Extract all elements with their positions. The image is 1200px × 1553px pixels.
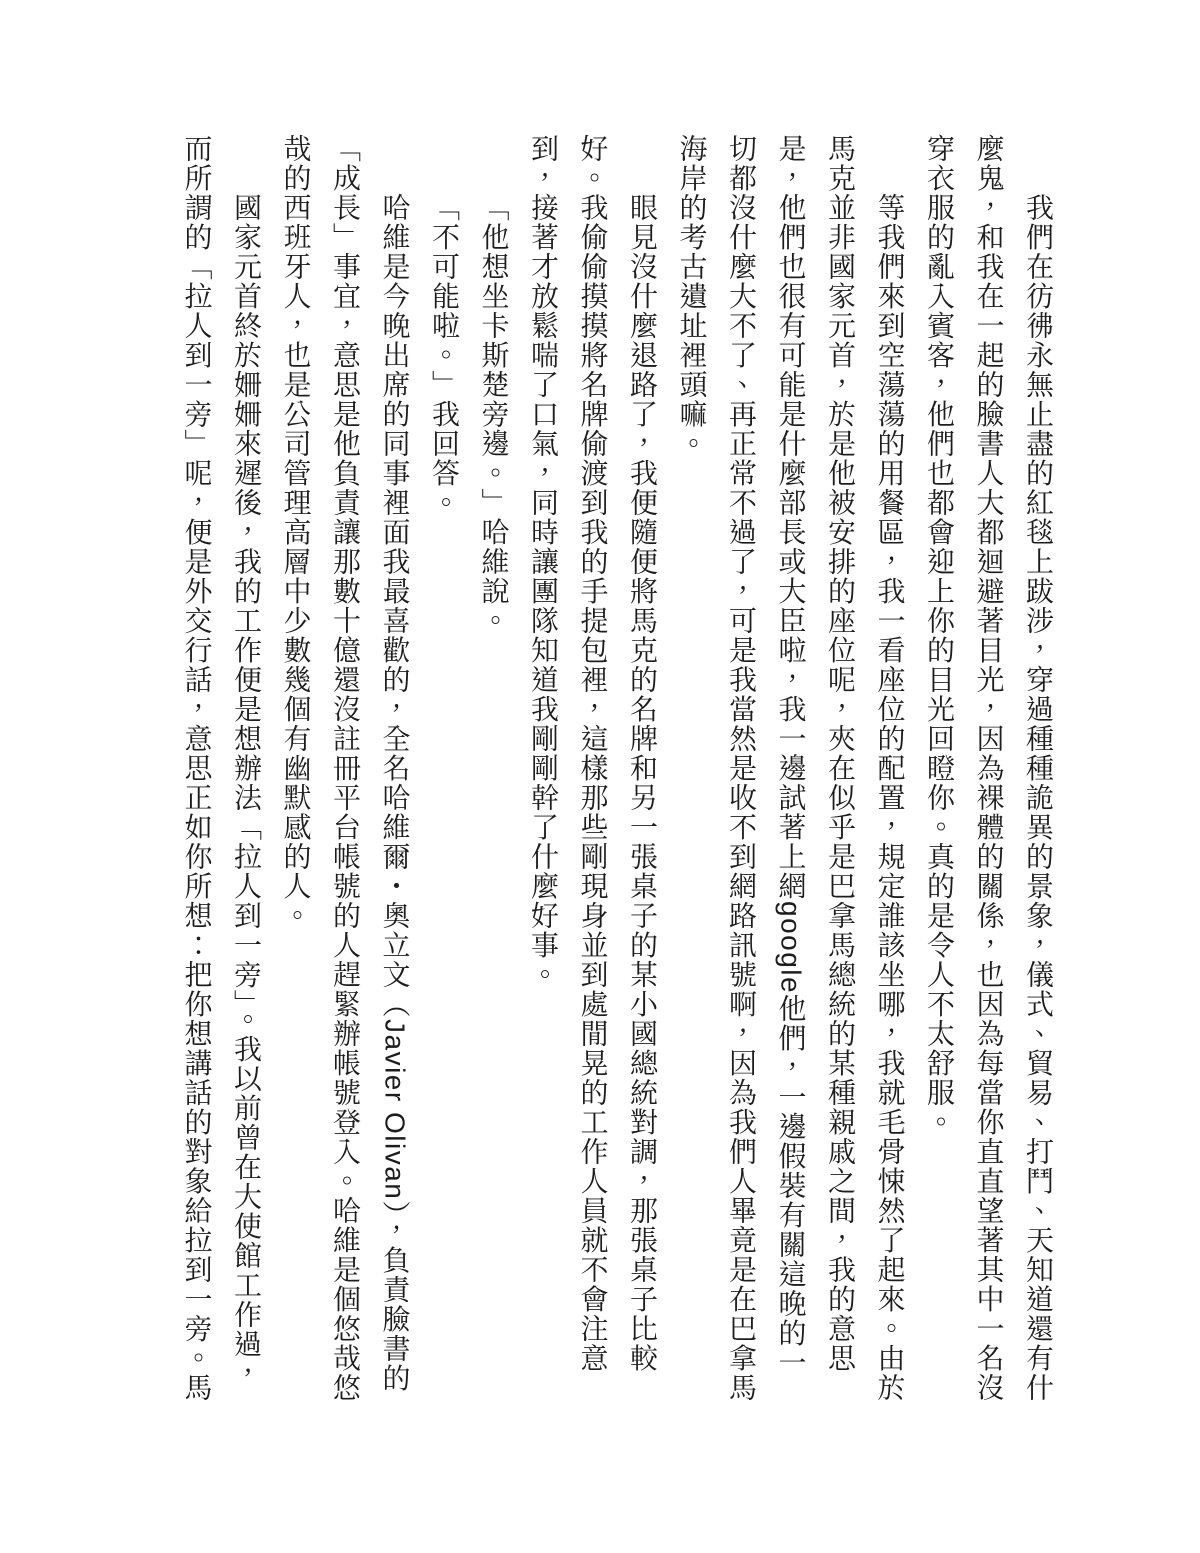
paragraph-red-carpet: 我們在彷彿永無止盡的紅毯上跋涉，穿過種種詭異的景象，儀式、貿易、打鬥、天知道還有… (915, 134, 1064, 1404)
vertical-text-block: 我們在彷彿永無止盡的紅毯上跋涉，穿過種種詭異的景象，儀式、貿易、打鬥、天知道還有… (172, 134, 1063, 1404)
paragraph-dining-area-seating: 等我們來到空蕩蕩的用餐區，我一看座位的配置，規定誰該坐哪，我就毛骨悚然了起來。由… (667, 134, 915, 1404)
paragraph-dialogue-castro: 「他想坐卡斯楚旁邊。」哈維說。 (469, 134, 519, 1404)
paragraph-nameplate-swap: 眼見沒什麼退路了，我便隨便將馬克的名牌和另一張桌子的某小國總統對調，那張桌子比較… (519, 134, 668, 1404)
paragraph-dialogue-no-way: 「不可能啦。」我回答。 (420, 134, 470, 1404)
paragraph-javier-olivan-intro: 哈維是今晚出席的同事裡面我最喜歡的，全名哈維爾・奧立文（Javier Oliva… (271, 134, 420, 1404)
paragraph-pull-aside: 國家元首終於姍姍來遲後，我的工作便是想辦法「拉人到一旁」。我以前曾在大使館工作過… (172, 134, 271, 1404)
book-page: 我們在彷彿永無止盡的紅毯上跋涉，穿過種種詭異的景象，儀式、貿易、打鬥、天知道還有… (0, 0, 1200, 1553)
